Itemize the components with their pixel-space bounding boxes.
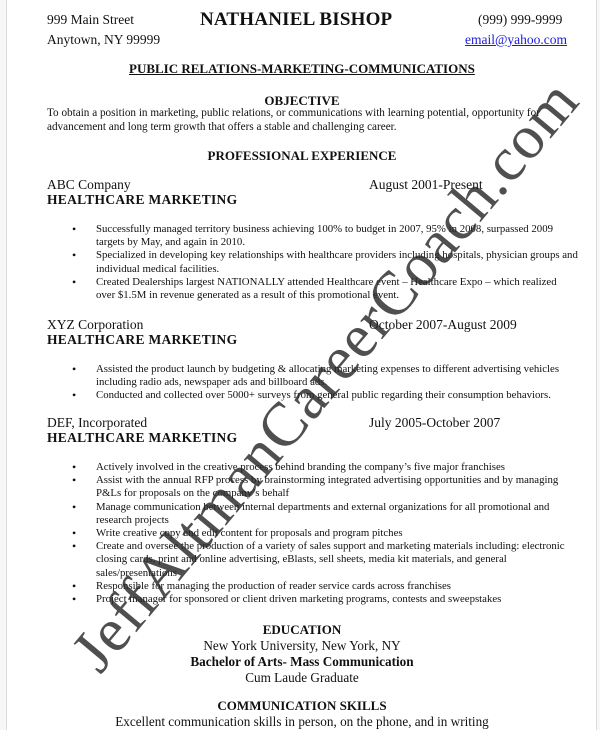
- bullet-item: Specialized in developing key relationsh…: [78, 249, 578, 275]
- email-link[interactable]: email@yahoo.com: [465, 30, 567, 50]
- bullet-item: Assist with the annual RFP process by br…: [78, 474, 578, 500]
- bullet-item: Assisted the product launch by budgeting…: [78, 363, 578, 389]
- bullet-item: Successfully managed territory business …: [78, 223, 578, 249]
- education-honors: Cum Laude Graduate: [8, 670, 596, 686]
- candidate-name: NATHANIEL BISHOP: [200, 9, 392, 31]
- bullet-item: Created Dealerships largest NATIONALLY a…: [78, 276, 578, 302]
- section-title-skills: COMMUNICATION SKILLS: [8, 698, 596, 714]
- address-line2: Anytown, NY 99999: [47, 30, 160, 50]
- page-right-border: [596, 0, 600, 730]
- bullet-item: Actively involved in the creative proces…: [78, 461, 578, 474]
- bullet-item: Responsible for managing the production …: [78, 580, 578, 593]
- bullet-item: Write creative copy and edit content for…: [78, 527, 578, 540]
- job-role: HEALTHCARE MARKETING: [47, 192, 237, 208]
- section-title-experience: PROFESSIONAL EXPERIENCE: [8, 148, 596, 164]
- job-dates: July 2005-October 2007: [369, 415, 500, 431]
- job-company: DEF, Incorporated: [47, 415, 147, 431]
- job-dates: October 2007-August 2009: [369, 317, 517, 333]
- job-bullets: Successfully managed territory business …: [78, 223, 578, 302]
- skills-line1: Excellent communication skills in person…: [8, 714, 596, 730]
- job-company: ABC Company: [47, 177, 131, 193]
- bullet-item: Manage communication between internal de…: [78, 501, 578, 527]
- job-company: XYZ Corporation: [47, 317, 143, 333]
- job-bullets: Actively involved in the creative proces…: [78, 461, 578, 606]
- job-role: HEALTHCARE MARKETING: [47, 430, 237, 446]
- objective-line1: To obtain a position in marketing, publi…: [47, 107, 540, 121]
- resume-headline: PUBLIC RELATIONS-MARKETING-COMMUNICATION…: [129, 61, 475, 77]
- phone-number: (999) 999-9999: [478, 10, 562, 30]
- job-dates: August 2001-Present: [369, 177, 483, 193]
- resume-page: 999 Main Street Anytown, NY 99999 NATHAN…: [8, 0, 596, 730]
- section-title-education: EDUCATION: [8, 622, 596, 638]
- bullet-item: Conducted and collected over 5000+ surve…: [78, 389, 578, 402]
- address-line1: 999 Main Street: [47, 10, 134, 30]
- bullet-item: Create and oversee the production of a v…: [78, 540, 578, 580]
- job-role: HEALTHCARE MARKETING: [47, 332, 237, 348]
- education-school: New York University, New York, NY: [8, 638, 596, 654]
- objective-line2: advancement and long term growth that of…: [47, 121, 397, 135]
- page-left-border: [0, 0, 7, 730]
- bullet-item: Project manager for sponsored or client …: [78, 593, 578, 606]
- job-bullets: Assisted the product launch by budgeting…: [78, 363, 578, 403]
- education-degree: Bachelor of Arts- Mass Communication: [8, 654, 596, 670]
